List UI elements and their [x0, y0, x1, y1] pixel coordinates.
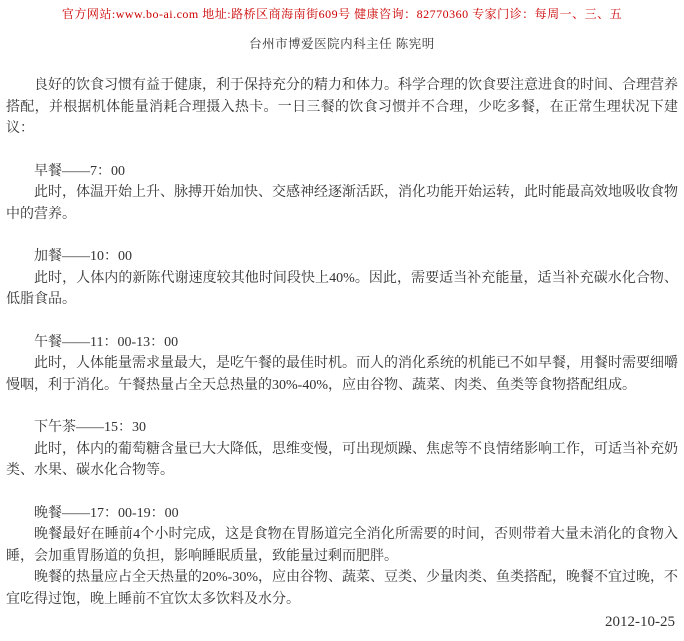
- publish-date: 2012-10-25: [6, 612, 678, 632]
- clinic-contact-info: 官方网站:www.bo-ai.com 地址:路桥区商海南街609号 健康咨询：8…: [0, 0, 684, 22]
- morning-snack-heading: 加餐——10：00: [6, 246, 678, 268]
- section-dinner: 晚餐——17：00-19：00 晚餐最好在睡前4个小时完成，这是食物在胃肠道完全…: [6, 503, 678, 611]
- section-afternoon-tea: 下午茶——15：30 此时，体内的葡萄糖含量已大大降低，思维变慢，可出现烦躁、焦…: [6, 417, 678, 482]
- clinic-header: 官方网站:www.bo-ai.com 地址:路桥区商海南街609号 健康咨询：8…: [0, 0, 684, 52]
- afternoon-tea-heading: 下午茶——15：30: [6, 417, 678, 439]
- intro-paragraph: 良好的饮食习惯有益于健康，利于保持充分的精力和体力。科学合理的饮食要注意进食的时…: [6, 75, 678, 140]
- breakfast-paragraph: 此时，体温开始上升、脉搏开始加快、交感神经逐渐活跃，消化功能开始运转，此时能最高…: [6, 182, 678, 225]
- doctor-byline: 台州市博爱医院内科主任 陈宪明: [0, 36, 684, 52]
- afternoon-tea-paragraph: 此时，体内的葡萄糖含量已大大降低，思维变慢，可出现烦躁、焦虑等不良情绪影响工作，…: [6, 439, 678, 482]
- morning-snack-paragraph: 此时，人体内的新陈代谢速度较其他时间段快上40%。因此，需要适当补充能量，适当补…: [6, 268, 678, 311]
- breakfast-heading: 早餐——7：00: [6, 161, 678, 183]
- dinner-heading: 晚餐——17：00-19：00: [6, 503, 678, 525]
- article-body: 良好的饮食习惯有益于健康，利于保持充分的精力和体力。科学合理的饮食要注意进食的时…: [0, 75, 684, 632]
- lunch-heading: 午餐——11：00-13：00: [6, 332, 678, 354]
- lunch-paragraph: 此时，人体能量需求量最大，是吃午餐的最佳时机。而人的消化系统的机能已不如早餐，用…: [6, 353, 678, 396]
- section-morning-snack: 加餐——10：00 此时，人体内的新陈代谢速度较其他时间段快上40%。因此，需要…: [6, 246, 678, 311]
- section-lunch: 午餐——11：00-13：00 此时，人体能量需求量最大，是吃午餐的最佳时机。而…: [6, 332, 678, 397]
- section-breakfast: 早餐——7：00 此时，体温开始上升、脉搏开始加快、交感神经逐渐活跃，消化功能开…: [6, 161, 678, 226]
- dinner-paragraph-1: 晚餐最好在睡前4个小时完成，这是食物在胃肠道完全消化所需要的时间，否则带着大量未…: [6, 524, 678, 567]
- article-page: 官方网站:www.bo-ai.com 地址:路桥区商海南街609号 健康咨询：8…: [0, 0, 684, 641]
- dinner-paragraph-2: 晚餐的热量应占全天热量的20%-30%，应由谷物、蔬菜、豆类、少量肉类、鱼类搭配…: [6, 567, 678, 610]
